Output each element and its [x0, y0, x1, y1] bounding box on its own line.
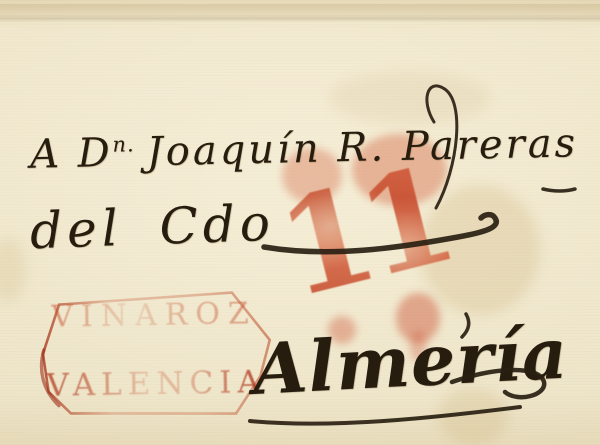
postmark-province: VALENCIA: [46, 364, 266, 404]
destination-script: Almería: [251, 312, 570, 411]
letter-cover: 11 VINAROZ VALENCIA A Dn.Joaquín R. Pare…: [0, 0, 600, 445]
paper-stain: [330, 72, 490, 124]
paper-stain: [0, 238, 26, 302]
addressee-name: Joaquín R. Pareras: [146, 120, 578, 175]
don-superscript: n.: [112, 132, 135, 156]
destination-underline: [250, 407, 520, 424]
postmark-town: VINAROZ: [51, 296, 257, 335]
address-line-2: del Cdo: [29, 194, 276, 261]
trailing-dash-flourish: [543, 189, 575, 191]
address-line-1: A Dn.Joaquín R. Pareras: [30, 120, 579, 177]
fold-crease: [0, 4, 600, 22]
address-prefix: A D: [30, 130, 114, 178]
origin-postmark: VINAROZ VALENCIA: [27, 288, 277, 424]
rate-handstamp-11: 11: [267, 150, 458, 318]
